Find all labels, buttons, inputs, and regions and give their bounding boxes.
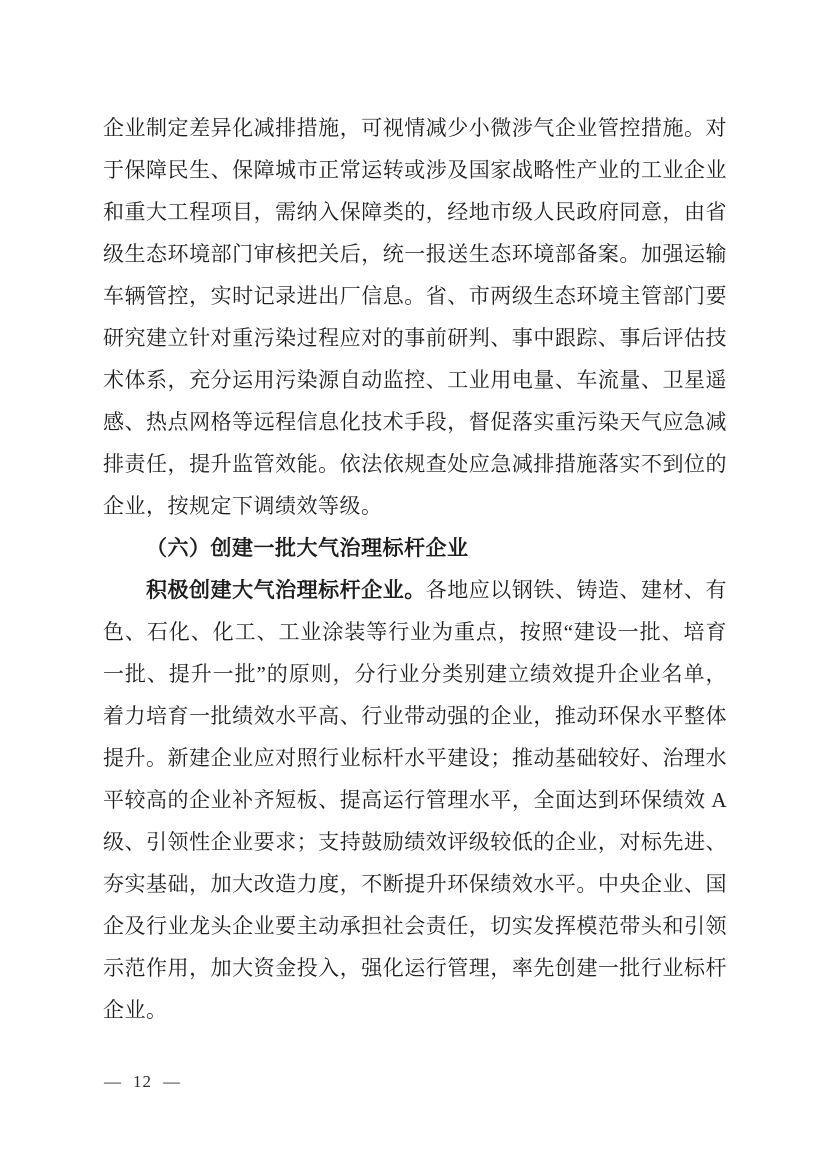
body-line: 示范作用，加大资金投入，强化运行管理，率先创建一批行业标杆 xyxy=(103,947,727,989)
body-line: 车辆管控，实时记录进出厂信息。省、市两级生态环境主管部门要 xyxy=(103,275,727,317)
body-line: 着力培育一批绩效水平高、行业带动强的企业，推动环保水平整体 xyxy=(103,695,727,737)
body-line: 一批、提升一批”的原则，分行业分类别建立绩效提升企业名单， xyxy=(103,653,727,695)
body-line: 研究建立针对重污染过程应对的事前研判、事中跟踪、事后评估技 xyxy=(103,317,727,359)
body-line: 企业制定差异化减排措施，可视情减少小微涉气企业管控措施。对 xyxy=(103,107,727,149)
footer-dash: — xyxy=(163,1072,181,1092)
body-line: 色、石化、化工、工业涂装等行业为重点，按照“建设一批、培育 xyxy=(103,611,727,653)
paragraph-lead-bold: 积极创建大气治理标杆企业。 xyxy=(146,578,426,602)
body-line: 级生态环境部门审核把关后，统一报送生态环境部备案。加强运输 xyxy=(103,233,727,275)
body-line: 和重大工程项目，需纳入保障类的，经地市级人民政府同意，由省 xyxy=(103,191,727,233)
body-line: 积极创建大气治理标杆企业。各地应以钢铁、铸造、建材、有 xyxy=(103,569,727,611)
body-line: 感、热点网格等远程信息化技术手段，督促落实重污染天气应急减 xyxy=(103,401,727,443)
body-line: 夯实基础，加大改造力度，不断提升环保绩效水平。中央企业、国 xyxy=(103,863,727,905)
body-line: 于保障民生、保障城市正常运转或涉及国家战略性产业的工业企业 xyxy=(103,149,727,191)
page-number: 12 xyxy=(133,1072,152,1092)
document-page: 企业制定差异化减排措施，可视情减少小微涉气企业管控措施。对 于保障民生、保障城市… xyxy=(0,0,826,1169)
body-line: 企及行业龙头企业要主动承担社会责任，切实发挥模范带头和引领 xyxy=(103,905,727,947)
paragraph-continued: 企业制定差异化减排措施，可视情减少小微涉气企业管控措施。对 于保障民生、保障城市… xyxy=(103,107,727,527)
body-line: 级、引领性企业要求；支持鼓励绩效评级较低的企业，对标先进、 xyxy=(103,821,727,863)
section-heading: （六）创建一批大气治理标杆企业 xyxy=(103,527,727,569)
body-line: 企业，按规定下调绩效等级。 xyxy=(103,485,727,527)
paragraph-lead-rest: 各地应以钢铁、铸造、建材、有 xyxy=(426,578,727,602)
body-line: 提升。新建企业应对照行业标杆水平建设；推动基础较好、治理水 xyxy=(103,737,727,779)
text-block: 企业制定差异化减排措施，可视情减少小微涉气企业管控措施。对 于保障民生、保障城市… xyxy=(103,107,727,1031)
paragraph-benchmark-enterprises: 积极创建大气治理标杆企业。各地应以钢铁、铸造、建材、有 色、石化、化工、工业涂装… xyxy=(103,569,727,1031)
body-line: 企业。 xyxy=(103,989,727,1031)
body-line: 排责任，提升监管效能。依法依规查处应急减排措施落实不到位的 xyxy=(103,443,727,485)
body-line: 平较高的企业补齐短板、提高运行管理水平，全面达到环保绩效 A xyxy=(103,779,727,821)
page-footer: — 12 — xyxy=(104,1072,181,1092)
footer-dash: — xyxy=(104,1072,122,1092)
body-line: 术体系，充分运用污染源自动监控、工业用电量、车流量、卫星遥 xyxy=(103,359,727,401)
